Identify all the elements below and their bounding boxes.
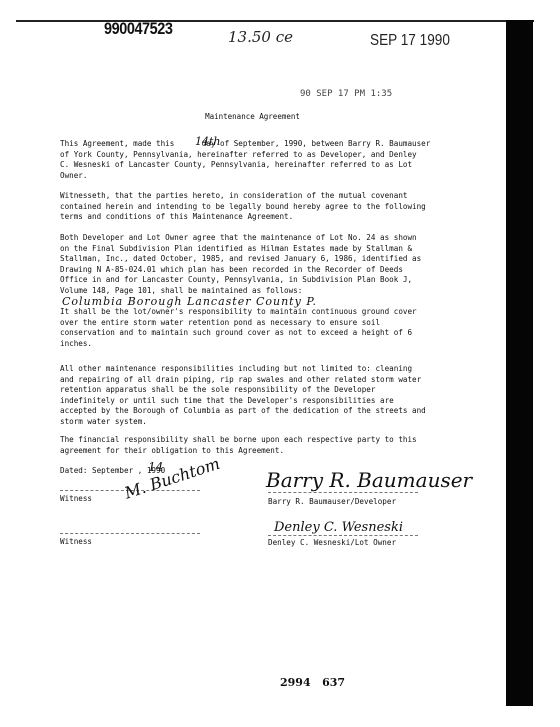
witness-signature: M. Buchtom xyxy=(122,454,222,503)
document-title: Maintenance Agreement xyxy=(0,112,560,121)
received-date-stamp: SEP 17 1990 xyxy=(370,32,450,50)
paragraph-maintenance-lot: Both Developer and Lot Owner agree that … xyxy=(60,233,458,297)
scan-edge-bar xyxy=(506,20,533,706)
document-number: 990047523 xyxy=(104,19,173,39)
book-page-number: 2994 637 xyxy=(280,676,345,689)
paragraph-witnesseth: Witnesseth, that the parties hereto, in … xyxy=(60,191,458,223)
developer-signature: Barry R. Baumauser xyxy=(266,468,472,492)
owner-line xyxy=(268,535,418,537)
paragraph-parties: This Agreement, made this day of Septemb… xyxy=(60,139,458,181)
witness-label-1: Witness xyxy=(60,494,92,503)
handwritten-day: 14th xyxy=(195,135,221,148)
developer-line xyxy=(268,492,418,494)
owner-name: Denley C. Wesneski/Lot Owner xyxy=(268,538,396,547)
witness-line-2 xyxy=(60,533,200,535)
title-text: Maintenance Agreement xyxy=(205,112,300,121)
fee-notation: 13.50 ce xyxy=(228,28,293,46)
recorded-time-stamp: 90 SEP 17 PM 1:35 xyxy=(300,89,392,99)
witness-label-2: Witness xyxy=(60,537,92,546)
scan-top-edge xyxy=(16,20,534,22)
paragraph-other-maintenance: All other maintenance responsibilities i… xyxy=(60,364,458,428)
owner-signature: Denley C. Wesneski xyxy=(274,520,403,535)
paragraph-financial: The financial responsibility shall be bo… xyxy=(60,435,458,456)
paragraph-ground-cover: It shall be the lot/owner's responsibili… xyxy=(60,307,458,349)
developer-name: Barry R. Baumauser/Developer xyxy=(268,497,396,506)
